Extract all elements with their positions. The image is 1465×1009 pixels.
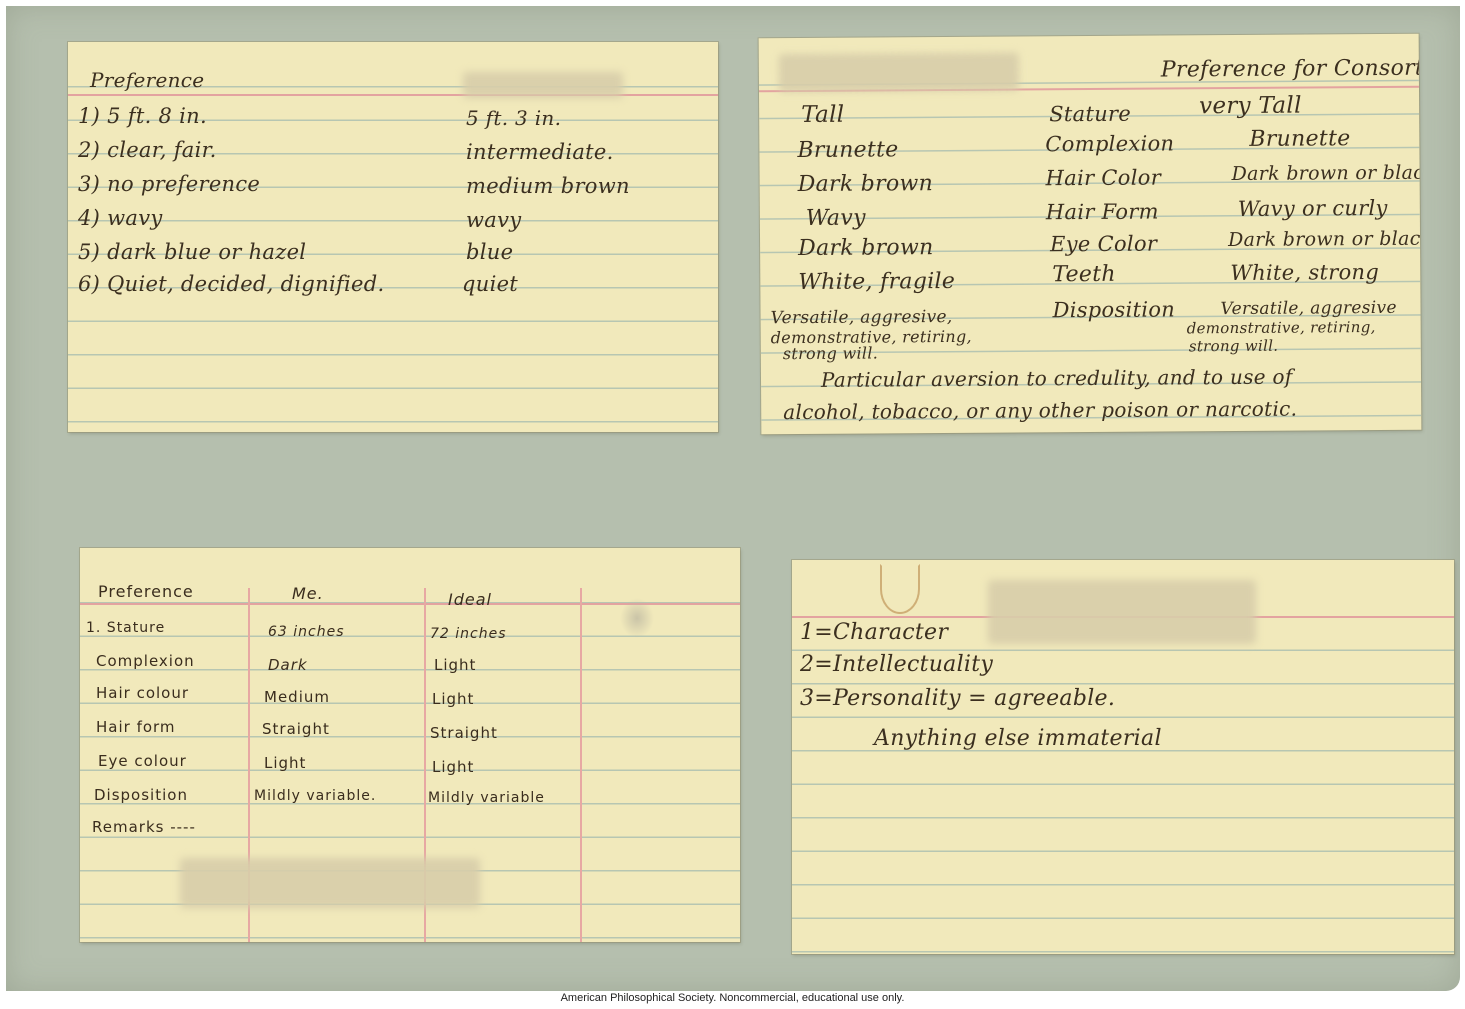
trait-row-6: Disposition	[94, 786, 188, 804]
ideal-row-4: Straight	[430, 724, 498, 742]
me-row-2: Dark	[268, 656, 308, 674]
redacted-name	[180, 858, 480, 908]
trait-row-2: Complexion	[96, 652, 195, 670]
trait-eye-color: Eye Color	[1050, 232, 1157, 257]
ideal-row-6: Mildly variable	[428, 790, 545, 806]
self-hair-form: Wavy	[806, 206, 866, 231]
trait-disposition: Disposition	[1052, 297, 1175, 322]
preference-2: 2) clear, fair.	[78, 138, 217, 162]
preference-3: 3) no preference	[78, 172, 260, 196]
ideal-row-5: Light	[432, 758, 474, 776]
pref-disposition-3: strong will.	[1189, 337, 1279, 356]
pref-hair-color: Dark brown or black	[1232, 162, 1422, 185]
remarks-label: Remarks ----	[92, 818, 196, 836]
priority-2: 2=Intellectuality	[800, 652, 993, 677]
pref-teeth: White, strong	[1230, 260, 1379, 285]
self-hair-color: Dark brown	[798, 171, 934, 197]
self-5: blue	[466, 240, 513, 264]
pref-disposition-1: Versatile, aggresive	[1220, 298, 1396, 319]
me-row-1: 63 inches	[268, 624, 345, 640]
header-me: Me.	[292, 584, 324, 603]
self-stature: Tall	[801, 102, 844, 128]
ideal-row-3: Light	[432, 690, 474, 708]
trait-row-4: Hair form	[96, 718, 176, 736]
preference-6: 6) Quiet, decided, dignified.	[78, 272, 385, 296]
fingerprint-smudge	[620, 598, 654, 638]
redacted-name	[988, 580, 1256, 644]
card-heading: Preference for Consort.	[1161, 56, 1422, 83]
stain-mark	[880, 564, 920, 614]
card-top-left: Preference 1) 5 ft. 8 in. 5 ft. 3 in. 2)…	[68, 42, 718, 432]
trait-row-5: Eye colour	[98, 752, 187, 770]
pref-eye-color: Dark brown or black	[1228, 228, 1421, 251]
self-6: quiet	[462, 272, 518, 296]
redacted-name	[779, 52, 1019, 92]
redacted-name	[463, 72, 623, 98]
card-heading: Preference	[90, 68, 204, 92]
preference-1: 1) 5 ft. 8 in.	[78, 104, 207, 128]
me-row-3: Medium	[264, 688, 330, 706]
self-2: intermediate.	[466, 140, 614, 164]
trait-row-3: Hair colour	[96, 684, 189, 702]
footer-credit: American Philosophical Society. Noncomme…	[0, 992, 1465, 1004]
pref-disposition-2: demonstrative, retiring,	[1187, 318, 1376, 337]
me-row-4: Straight	[262, 720, 330, 738]
trait-stature: Stature	[1049, 102, 1131, 127]
self-eye-color: Dark brown	[798, 235, 934, 261]
card-bottom-right: 1=Character 2=Intellectuality 3=Personal…	[792, 560, 1454, 954]
note-line-1: Particular aversion to credulity, and to…	[821, 365, 1293, 392]
pref-stature: very Tall	[1199, 93, 1302, 120]
self-disposition-1: Versatile, aggresive,	[771, 307, 953, 328]
trait-hair-form: Hair Form	[1046, 200, 1159, 225]
self-4: wavy	[466, 208, 521, 232]
priority-3: 3=Personality = agreeable.	[800, 686, 1115, 711]
trait-hair-color: Hair Color	[1046, 166, 1162, 191]
self-1: 5 ft. 3 in.	[466, 106, 561, 130]
self-teeth: White, fragile	[798, 269, 955, 295]
me-row-5: Light	[264, 754, 306, 772]
closing-note: Anything else immaterial	[874, 726, 1162, 751]
me-row-6: Mildly variable.	[254, 788, 376, 804]
trait-row-1: 1. Stature	[86, 620, 165, 636]
note-line-2: alcohol, tobacco, or any other poison or…	[783, 397, 1297, 425]
trait-teeth: Teeth	[1052, 262, 1116, 287]
preference-5: 5) dark blue or hazel	[78, 240, 306, 264]
card-top-right: Preference for Consort. Tall Stature ver…	[759, 34, 1422, 435]
priority-1: 1=Character	[800, 620, 948, 645]
pref-hair-form: Wavy or curly	[1238, 196, 1388, 221]
ideal-row-2: Light	[434, 656, 476, 674]
header-preference: Preference	[98, 582, 194, 601]
card-bottom-left: Preference Me. Ideal 1. Stature 63 inche…	[80, 548, 740, 942]
ideal-row-1: 72 inches	[430, 626, 507, 642]
self-3: medium brown	[466, 174, 630, 198]
self-complexion: Brunette	[797, 137, 898, 163]
self-disposition-3: strong will.	[783, 343, 878, 363]
pref-complexion: Brunette	[1249, 126, 1350, 152]
trait-complexion: Complexion	[1045, 131, 1174, 156]
preference-4: 4) wavy	[78, 206, 163, 230]
header-ideal: Ideal	[448, 590, 492, 609]
